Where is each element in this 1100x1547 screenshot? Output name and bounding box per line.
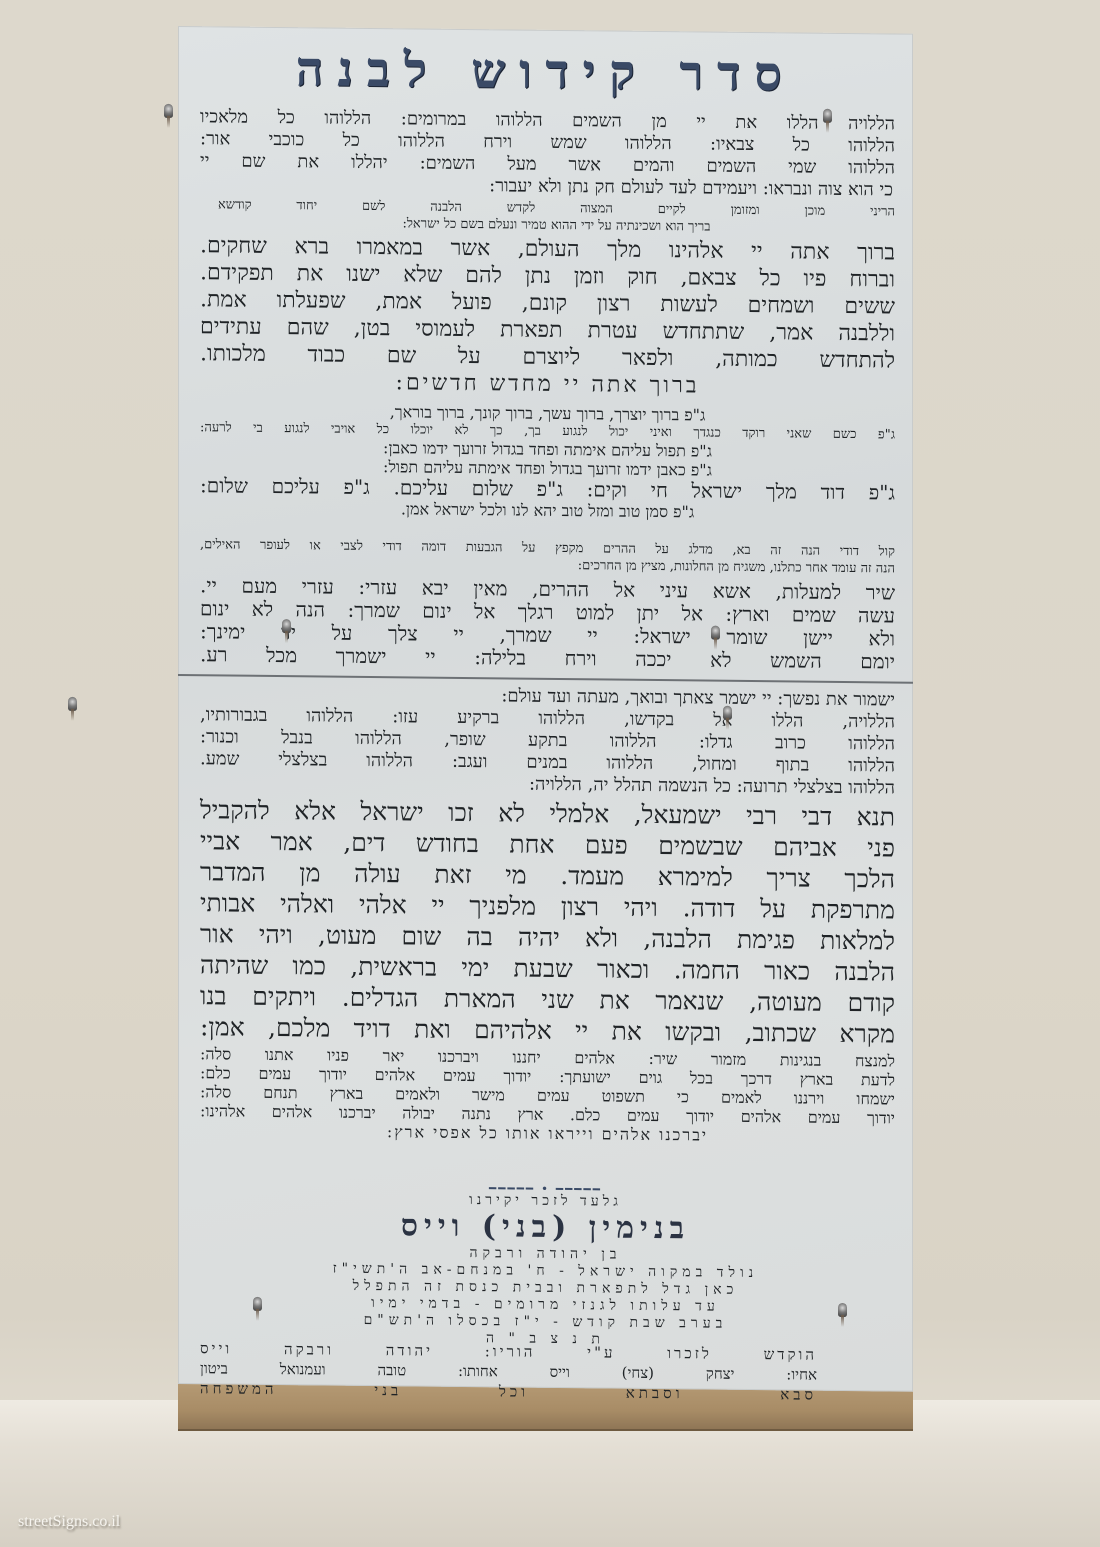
- talmud-passage-block: תנא דבי רבי ישמעאל, אלמלי לא זכו ישראל א…: [200, 794, 895, 1049]
- text-line: מקרא שכתוב, ובקשו את יי אלהיהם ואת דויד …: [200, 1011, 895, 1049]
- screw-icon: [253, 1297, 262, 1311]
- screw-icon: [164, 104, 173, 118]
- psalm67-block: למנצח בנגינות מזמור שיר: אלהים יחננו ויב…: [200, 1044, 895, 1146]
- psalm148-block: הללויה הללו את יי מן השמים הללוהו במרומי…: [200, 106, 895, 201]
- plaque-title: סדר קידוש לבנה: [178, 40, 913, 104]
- responses-block: ג"פ ברוך יוצרך, ברוך עשך, ברוך קונך, ברו…: [200, 400, 895, 523]
- memorial-inscription: גלעד לזכר יקירנו בנימין (בני) וייס בן יה…: [208, 1188, 883, 1351]
- screw-icon: [711, 626, 720, 640]
- screw-icon: [68, 697, 77, 711]
- psalm150-block: ישמור את נפשך: יי ישמר צאתך ובואך, מעתה …: [200, 682, 895, 799]
- screw-icon: [823, 109, 832, 123]
- intention-block: הריני מוכן ומזומן לקיים המצוה לקדש הלבנה…: [218, 196, 895, 237]
- blessing-block: ברוך אתה יי אלהינו מלך העולם, אשר במאמרו…: [200, 232, 895, 401]
- memorial-plaque: סדר קידוש לבנה הללויה הללו את יי מן השמי…: [178, 26, 913, 1392]
- screw-icon: [282, 619, 291, 633]
- screw-icon: [838, 1303, 847, 1317]
- song-of-songs-block: קול דודי הנה זה בא, מדלג על ההרים מקפץ ע…: [200, 536, 895, 577]
- watermark: streetSigns.co.il: [18, 1513, 120, 1531]
- screw-icon: [723, 706, 732, 720]
- text-line: יומם השמש לא יככה וירח בלילה: יי ישמרך מ…: [200, 643, 895, 673]
- dedication-block: הוקדש לזכרו ע"י הוריו: יהודה ורבקה וייס …: [200, 1338, 817, 1404]
- psalm121-block: שיר למעלות, אשא עיני אל ההרים, מאין יבא …: [200, 574, 895, 673]
